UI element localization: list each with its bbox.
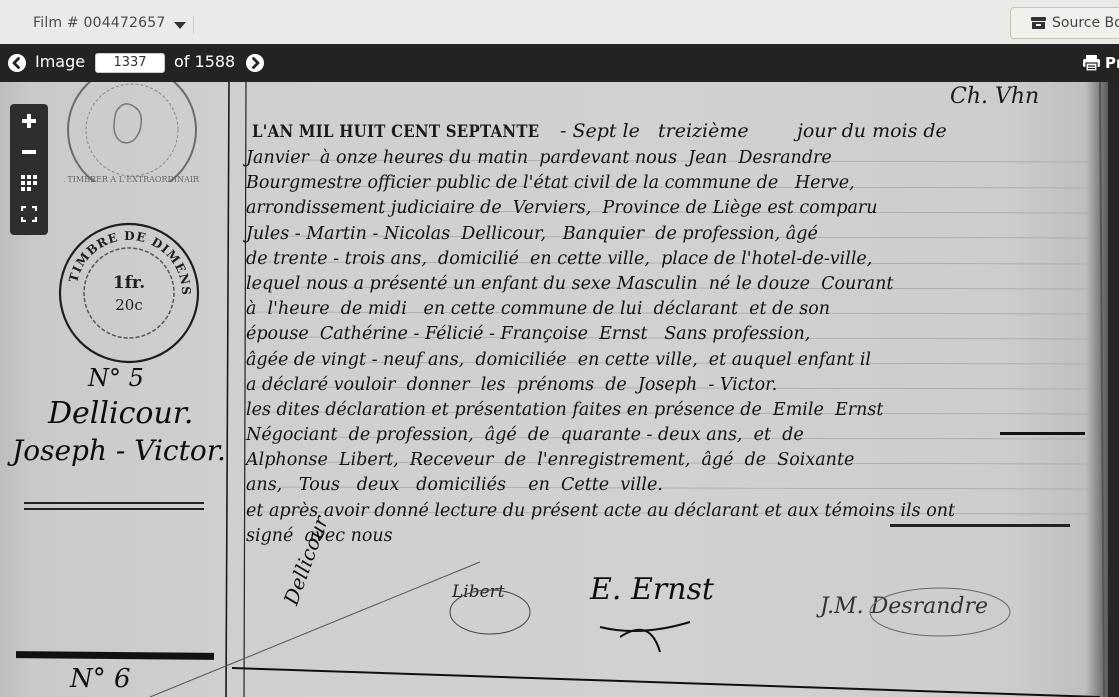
document-image-viewer[interactable]: A TIMBRER A L'EXTRAORDINAIRE TIMBRE DE D… bbox=[0, 82, 1119, 697]
zoom-controls bbox=[10, 104, 48, 235]
caret-down-icon[interactable] bbox=[174, 22, 186, 29]
source-box-button[interactable]: Source Box bbox=[1010, 7, 1119, 39]
printer-icon bbox=[1082, 54, 1101, 72]
gallery-view-button[interactable] bbox=[10, 168, 48, 198]
image-navigation-bar: Image 1337 of 1588 Print bbox=[0, 44, 1119, 82]
top-header-bar: Film # 004472657 Source Box bbox=[0, 0, 1119, 44]
zoom-in-button[interactable] bbox=[10, 106, 48, 136]
film-number-label: Film # 004472657 bbox=[33, 15, 165, 31]
image-number-input[interactable]: 1337 bbox=[95, 53, 165, 73]
chevron-left-circle-icon bbox=[8, 54, 26, 72]
archive-box-icon bbox=[1031, 17, 1046, 29]
print-label: Print bbox=[1105, 54, 1119, 72]
source-box-label: Source Box bbox=[1052, 15, 1119, 31]
plus-icon bbox=[21, 113, 37, 129]
fullscreen-icon bbox=[21, 206, 37, 222]
previous-image-button[interactable] bbox=[8, 54, 26, 72]
minus-icon bbox=[21, 144, 37, 160]
next-image-button[interactable] bbox=[246, 54, 264, 72]
image-total-label: of 1588 bbox=[174, 52, 235, 71]
print-button[interactable]: Print bbox=[1082, 54, 1119, 72]
signature-flourishes bbox=[0, 82, 1119, 697]
chevron-right-circle-icon bbox=[246, 54, 264, 72]
zoom-out-button[interactable] bbox=[10, 137, 48, 167]
image-label: Image bbox=[35, 52, 85, 71]
fullscreen-button[interactable] bbox=[10, 199, 48, 229]
grid-icon bbox=[21, 175, 37, 191]
header-divider bbox=[193, 16, 194, 34]
